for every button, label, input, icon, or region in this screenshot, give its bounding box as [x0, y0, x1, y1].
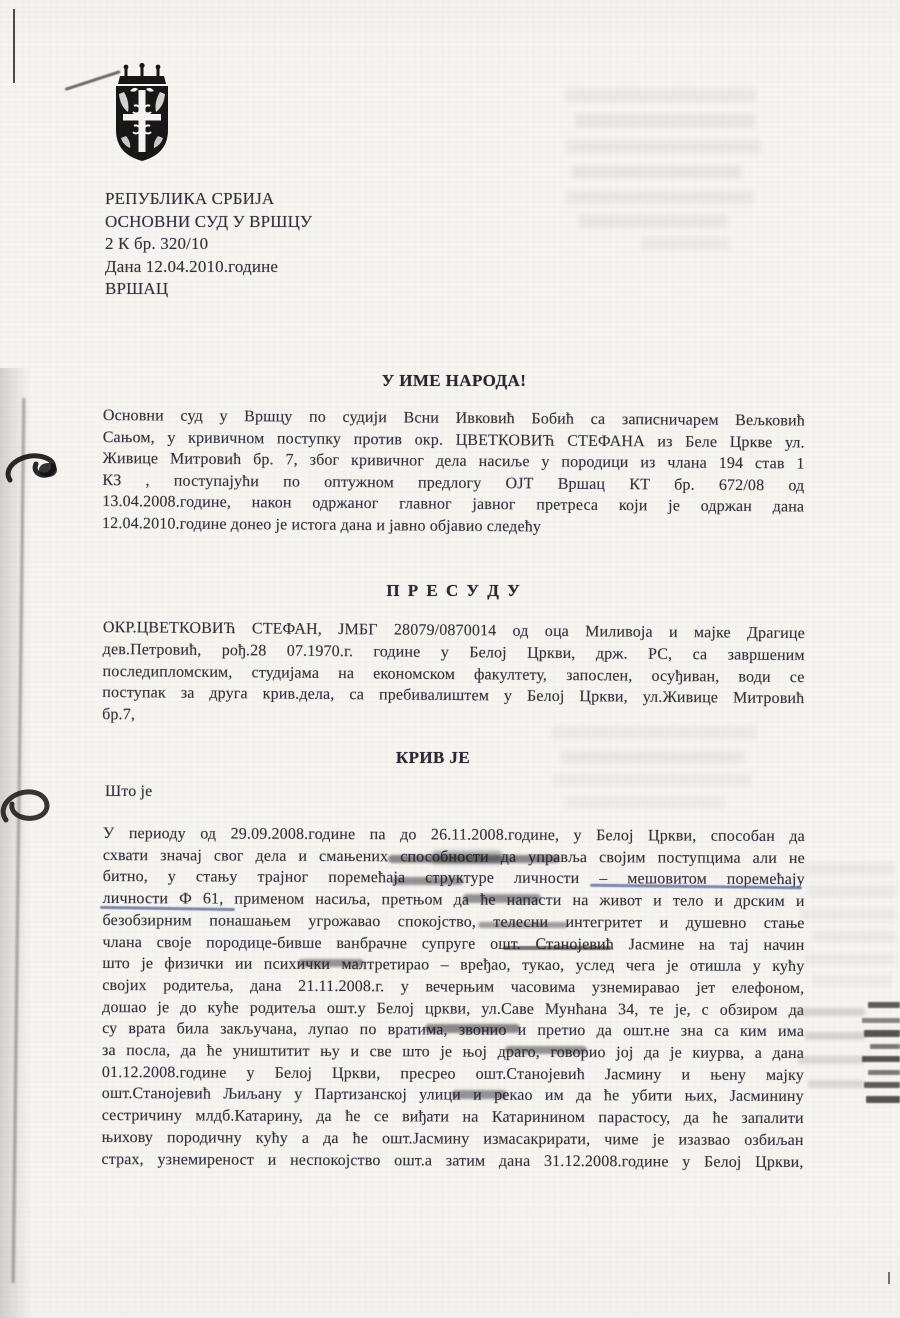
what-label: Што је	[105, 781, 152, 803]
text-line: 2 К бр. 320/10	[105, 233, 435, 256]
text-line: што је физички ии психички малтретирао –…	[102, 953, 804, 978]
scan-edge-mark	[13, 9, 15, 83]
text-line: дошао је до куће родитеља ошт.у Белој цр…	[102, 997, 804, 1022]
text-line: сестричину млдб.Катарину, да ће се виђат…	[102, 1105, 804, 1130]
facts-paragraph: У периоду од 29.09.2008.године па до 26.…	[101, 823, 805, 1173]
court-header: РЕПУБЛИКА СРБИЈАОСНОВНИ СУД У ВРШЦУ2 К б…	[105, 188, 435, 301]
defendant-paragraph: ОКР.ЦВЕТКОВИЋ СТЕФАН, ЈМБГ 28079/0870014…	[102, 617, 805, 732]
text-line: за посла, да ће уништитит њу и све што ј…	[102, 1040, 804, 1065]
heading-verdict: П Р Е С У Д У	[103, 581, 805, 601]
heading-in-the-name-of-people: У ИМЕ НАРОДА!	[103, 371, 805, 391]
text-line: безобзирним понашањем угрожавао спокојст…	[103, 910, 805, 935]
text-line: ВРШАЦ	[105, 278, 435, 301]
text-line: Дана 12.04.2010.године	[105, 256, 435, 279]
text-line: У периоду од 29.09.2008.године па до 26.…	[103, 823, 805, 848]
text-line: 01.12.2008.године у Белој Цркви, пресрео…	[102, 1062, 804, 1087]
binding-ring-icon	[0, 784, 58, 832]
intro-paragraph: Основни суд у Вршцу по судији Всни Ивков…	[102, 405, 805, 540]
text-line: ОСНОВНИ СУД У ВРШЦУ	[105, 211, 435, 234]
text-line: члана своје породице-бивше ванбрачне суп…	[102, 932, 804, 957]
text-line: својих родитеља, дана 21.11.2008.г. у ве…	[102, 975, 804, 1000]
text-line: страх, узнемиреност и неспокојство ошт.а…	[101, 1149, 803, 1174]
serbia-coat-of-arms-icon	[110, 62, 174, 164]
scanned-document-page: РЕПУБЛИКА СРБИЈАОСНОВНИ СУД У ВРШЦУ2 К б…	[0, 0, 900, 1318]
text-line: РЕПУБЛИКА СРБИЈА	[105, 188, 435, 211]
heading-guilty: КРИВ ЈЕ	[103, 748, 763, 768]
binding-ring-icon	[2, 448, 64, 494]
scan-edge-mark	[888, 1272, 890, 1284]
text-line: њихову породичну кућу а да ће ошт.Јасмин…	[102, 1127, 804, 1152]
